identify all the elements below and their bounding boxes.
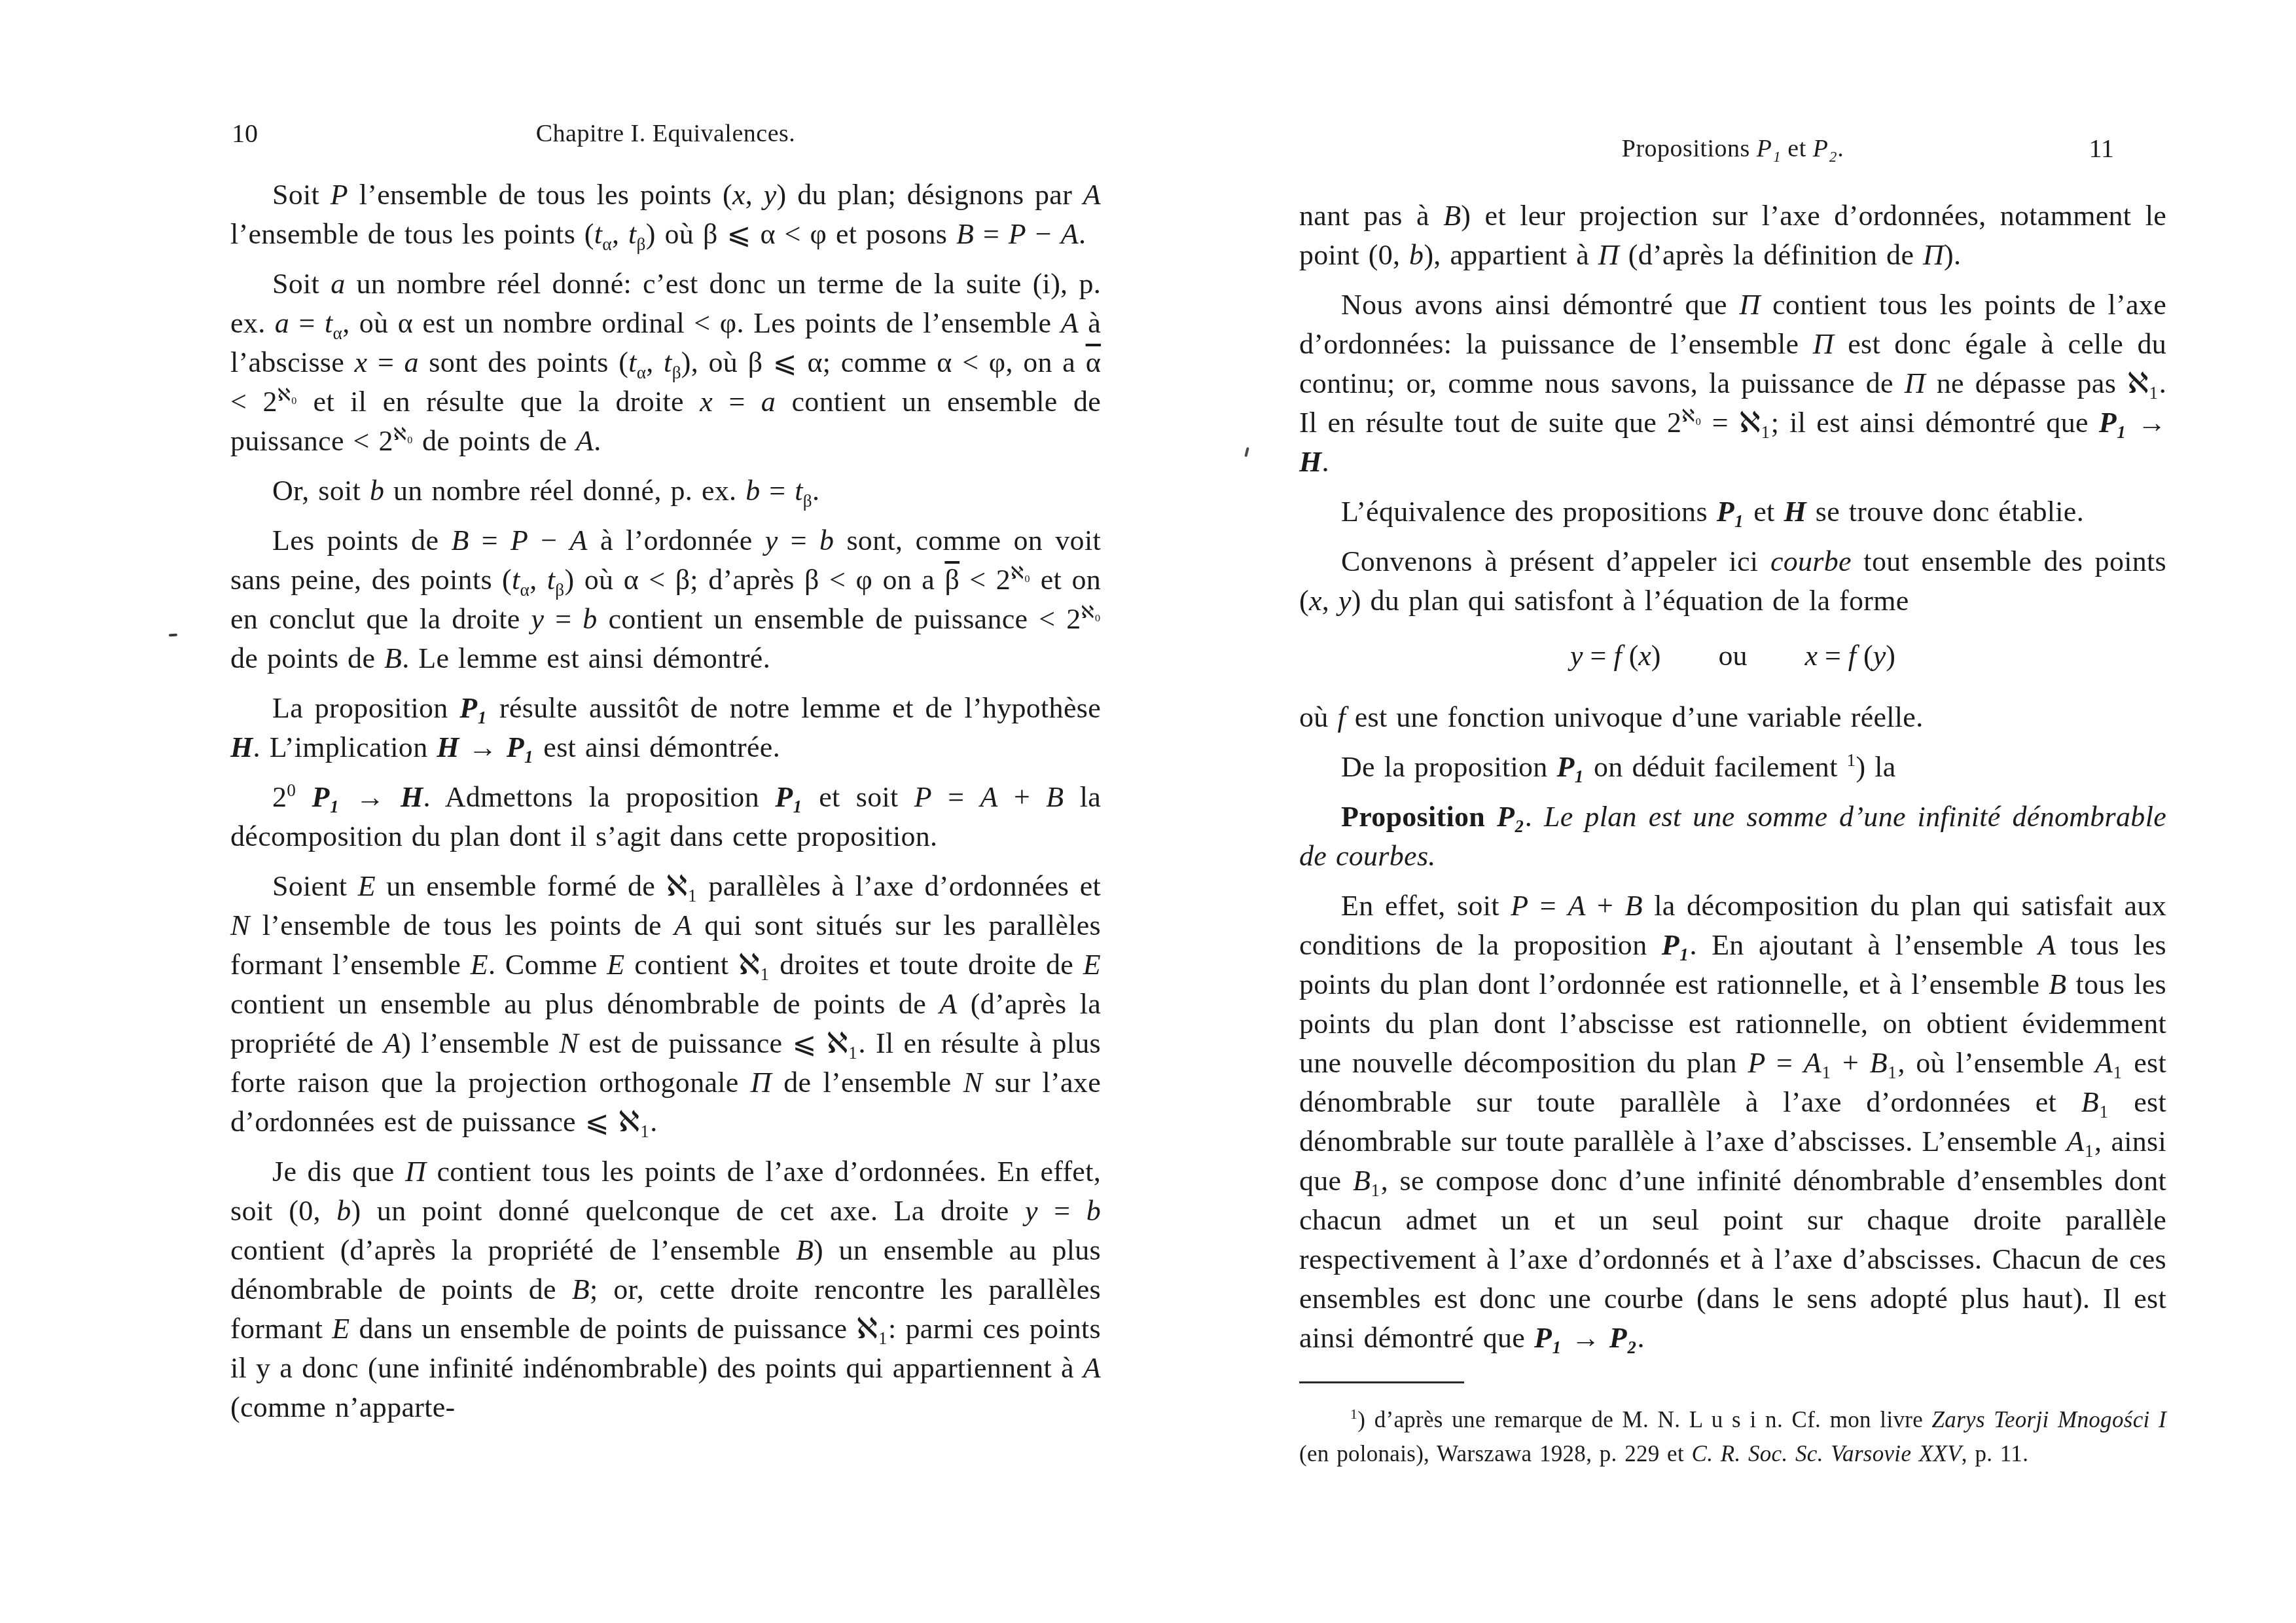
page-number-left: 10 bbox=[232, 119, 258, 148]
paragraph: Soient E un ensemble formé de ℵ₁ parallè… bbox=[230, 867, 1101, 1142]
paragraph: En effet, soit P = A + B la décompositio… bbox=[1299, 886, 2166, 1358]
paragraph: Or, soit b un nombre réel donné, p. ex. … bbox=[230, 471, 1101, 511]
scan-artifact-dash bbox=[169, 634, 177, 637]
paragraph: Je dis que Π contient tous les points de… bbox=[230, 1152, 1101, 1427]
paragraph: nant pas à B) et leur projection sur l’a… bbox=[1299, 196, 2166, 275]
paragraph: Soit a un nombre réel donné: c’est donc … bbox=[230, 264, 1101, 461]
paragraph: Proposition P₂. Le plan est une somme d’… bbox=[1299, 797, 2166, 876]
right-text-column: nant pas à B) et leur projection sur l’a… bbox=[1299, 196, 2166, 1471]
footnote-rule bbox=[1299, 1381, 1464, 1383]
paragraph: Soit P l’ensemble de tous les points (x,… bbox=[230, 175, 1101, 254]
page-number-right: 11 bbox=[2089, 134, 2114, 163]
equation: y = f (x) ou x = f (y) bbox=[1299, 636, 2166, 676]
running-header-right-row: Propositions P₁ et P₂. 11 bbox=[1299, 134, 2166, 163]
paragraph: Convenons à présent d’appeler ici courbe… bbox=[1299, 542, 2166, 621]
paragraph: La proposition P₁ résulte aussitôt de no… bbox=[230, 689, 1101, 767]
scanned-book-spread: { "colors": { "background": "#ffffff", "… bbox=[0, 0, 2296, 1623]
left-text-column: Soit P l’ensemble de tous les points (x,… bbox=[230, 175, 1101, 1438]
paragraph: 20 P₁ → H. Admettons la proposition P₁ e… bbox=[230, 778, 1101, 856]
right-paragraphs: nant pas à B) et leur projection sur l’a… bbox=[1299, 196, 2166, 1358]
paragraph: L’équivalence des propositions P₁ et H s… bbox=[1299, 492, 2166, 532]
paragraph: Nous avons ainsi démontré que Π contient… bbox=[1299, 285, 2166, 482]
paragraph: Les points de B = P − A à l’ordonnée y =… bbox=[230, 521, 1101, 678]
paragraph: où f est une fonction univoque d’une var… bbox=[1299, 698, 2166, 737]
paragraph: De la proposition P₁ on déduit facilemen… bbox=[1299, 748, 2166, 787]
footnote: 1) d’après une remarque de M. N. L u s i… bbox=[1299, 1403, 2166, 1471]
running-header-left-row: 10 Chapitre I. Equivalences. bbox=[230, 119, 1101, 148]
running-header-left: Chapitre I. Equivalences. bbox=[230, 119, 1101, 148]
running-header-right: Propositions P₁ et P₂. bbox=[1299, 134, 2166, 163]
scan-artifact-tick bbox=[1244, 447, 1249, 458]
